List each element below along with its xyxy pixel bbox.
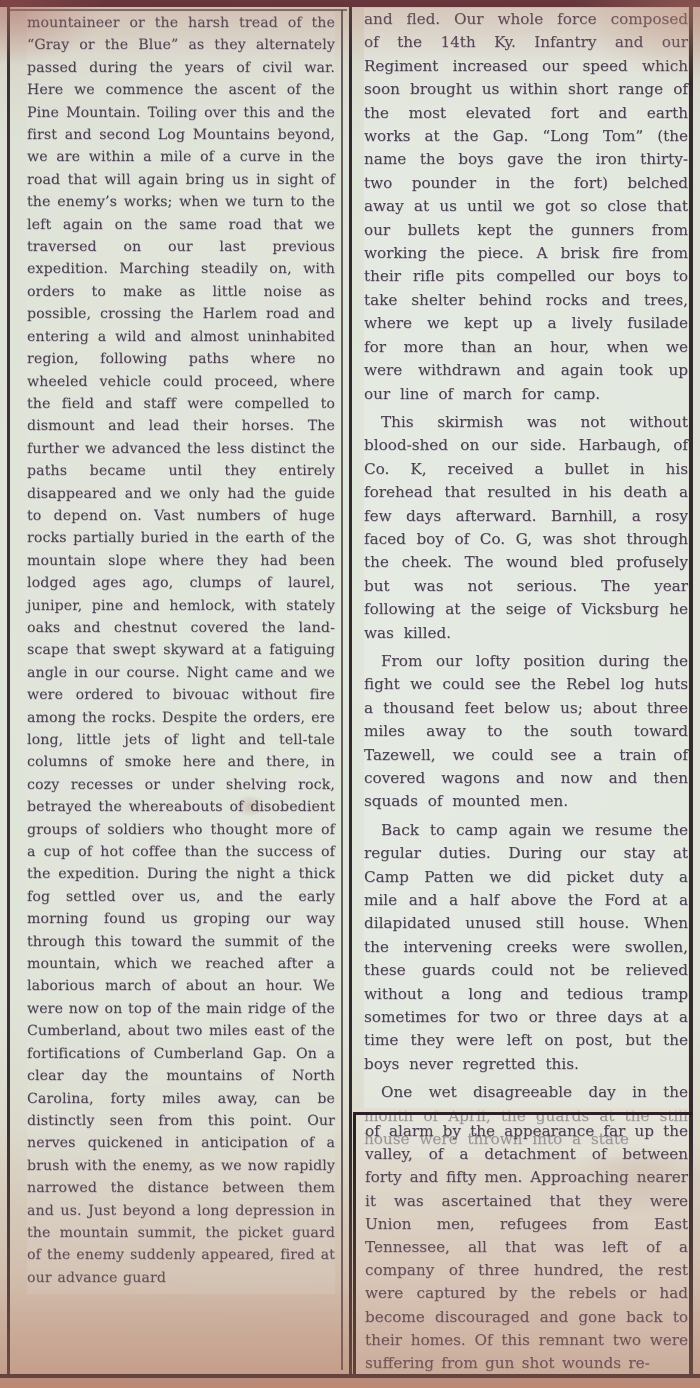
newspaper-clipping-scan: mountaineer or the harsh tread of the “G… [0, 0, 700, 1388]
paragraph-right-3: From our lofty position during the fight… [364, 650, 688, 814]
left-border-rule [7, 6, 10, 1374]
right-column: and fled. Our whole force composed of th… [364, 8, 688, 1157]
column-divider-rule-thick [349, 4, 352, 1374]
photo-edge-top [0, 0, 700, 7]
paragraph-right-4: Back to camp again we resume the regular… [364, 819, 688, 1076]
paragraph-right-1: and fled. Our whole force composed of th… [364, 8, 688, 406]
column-divider-rule-thin [341, 10, 343, 1370]
right-border-rule [689, 4, 693, 1374]
clipping-top-edge [9, 9, 347, 11]
paragraph-left-1: mountaineer or the harsh tread of the “G… [27, 12, 335, 1289]
paragraph-right-6: of alarm by the appearance far up the va… [365, 1120, 688, 1374]
left-column: mountaineer or the harsh tread of the “G… [27, 12, 335, 1294]
paragraph-right-2: This skirmish was not without blood-shed… [364, 411, 688, 645]
photo-edge-bottom [0, 1374, 700, 1388]
lower-clipping-piece: of alarm by the appearance far up the va… [353, 1112, 692, 1374]
